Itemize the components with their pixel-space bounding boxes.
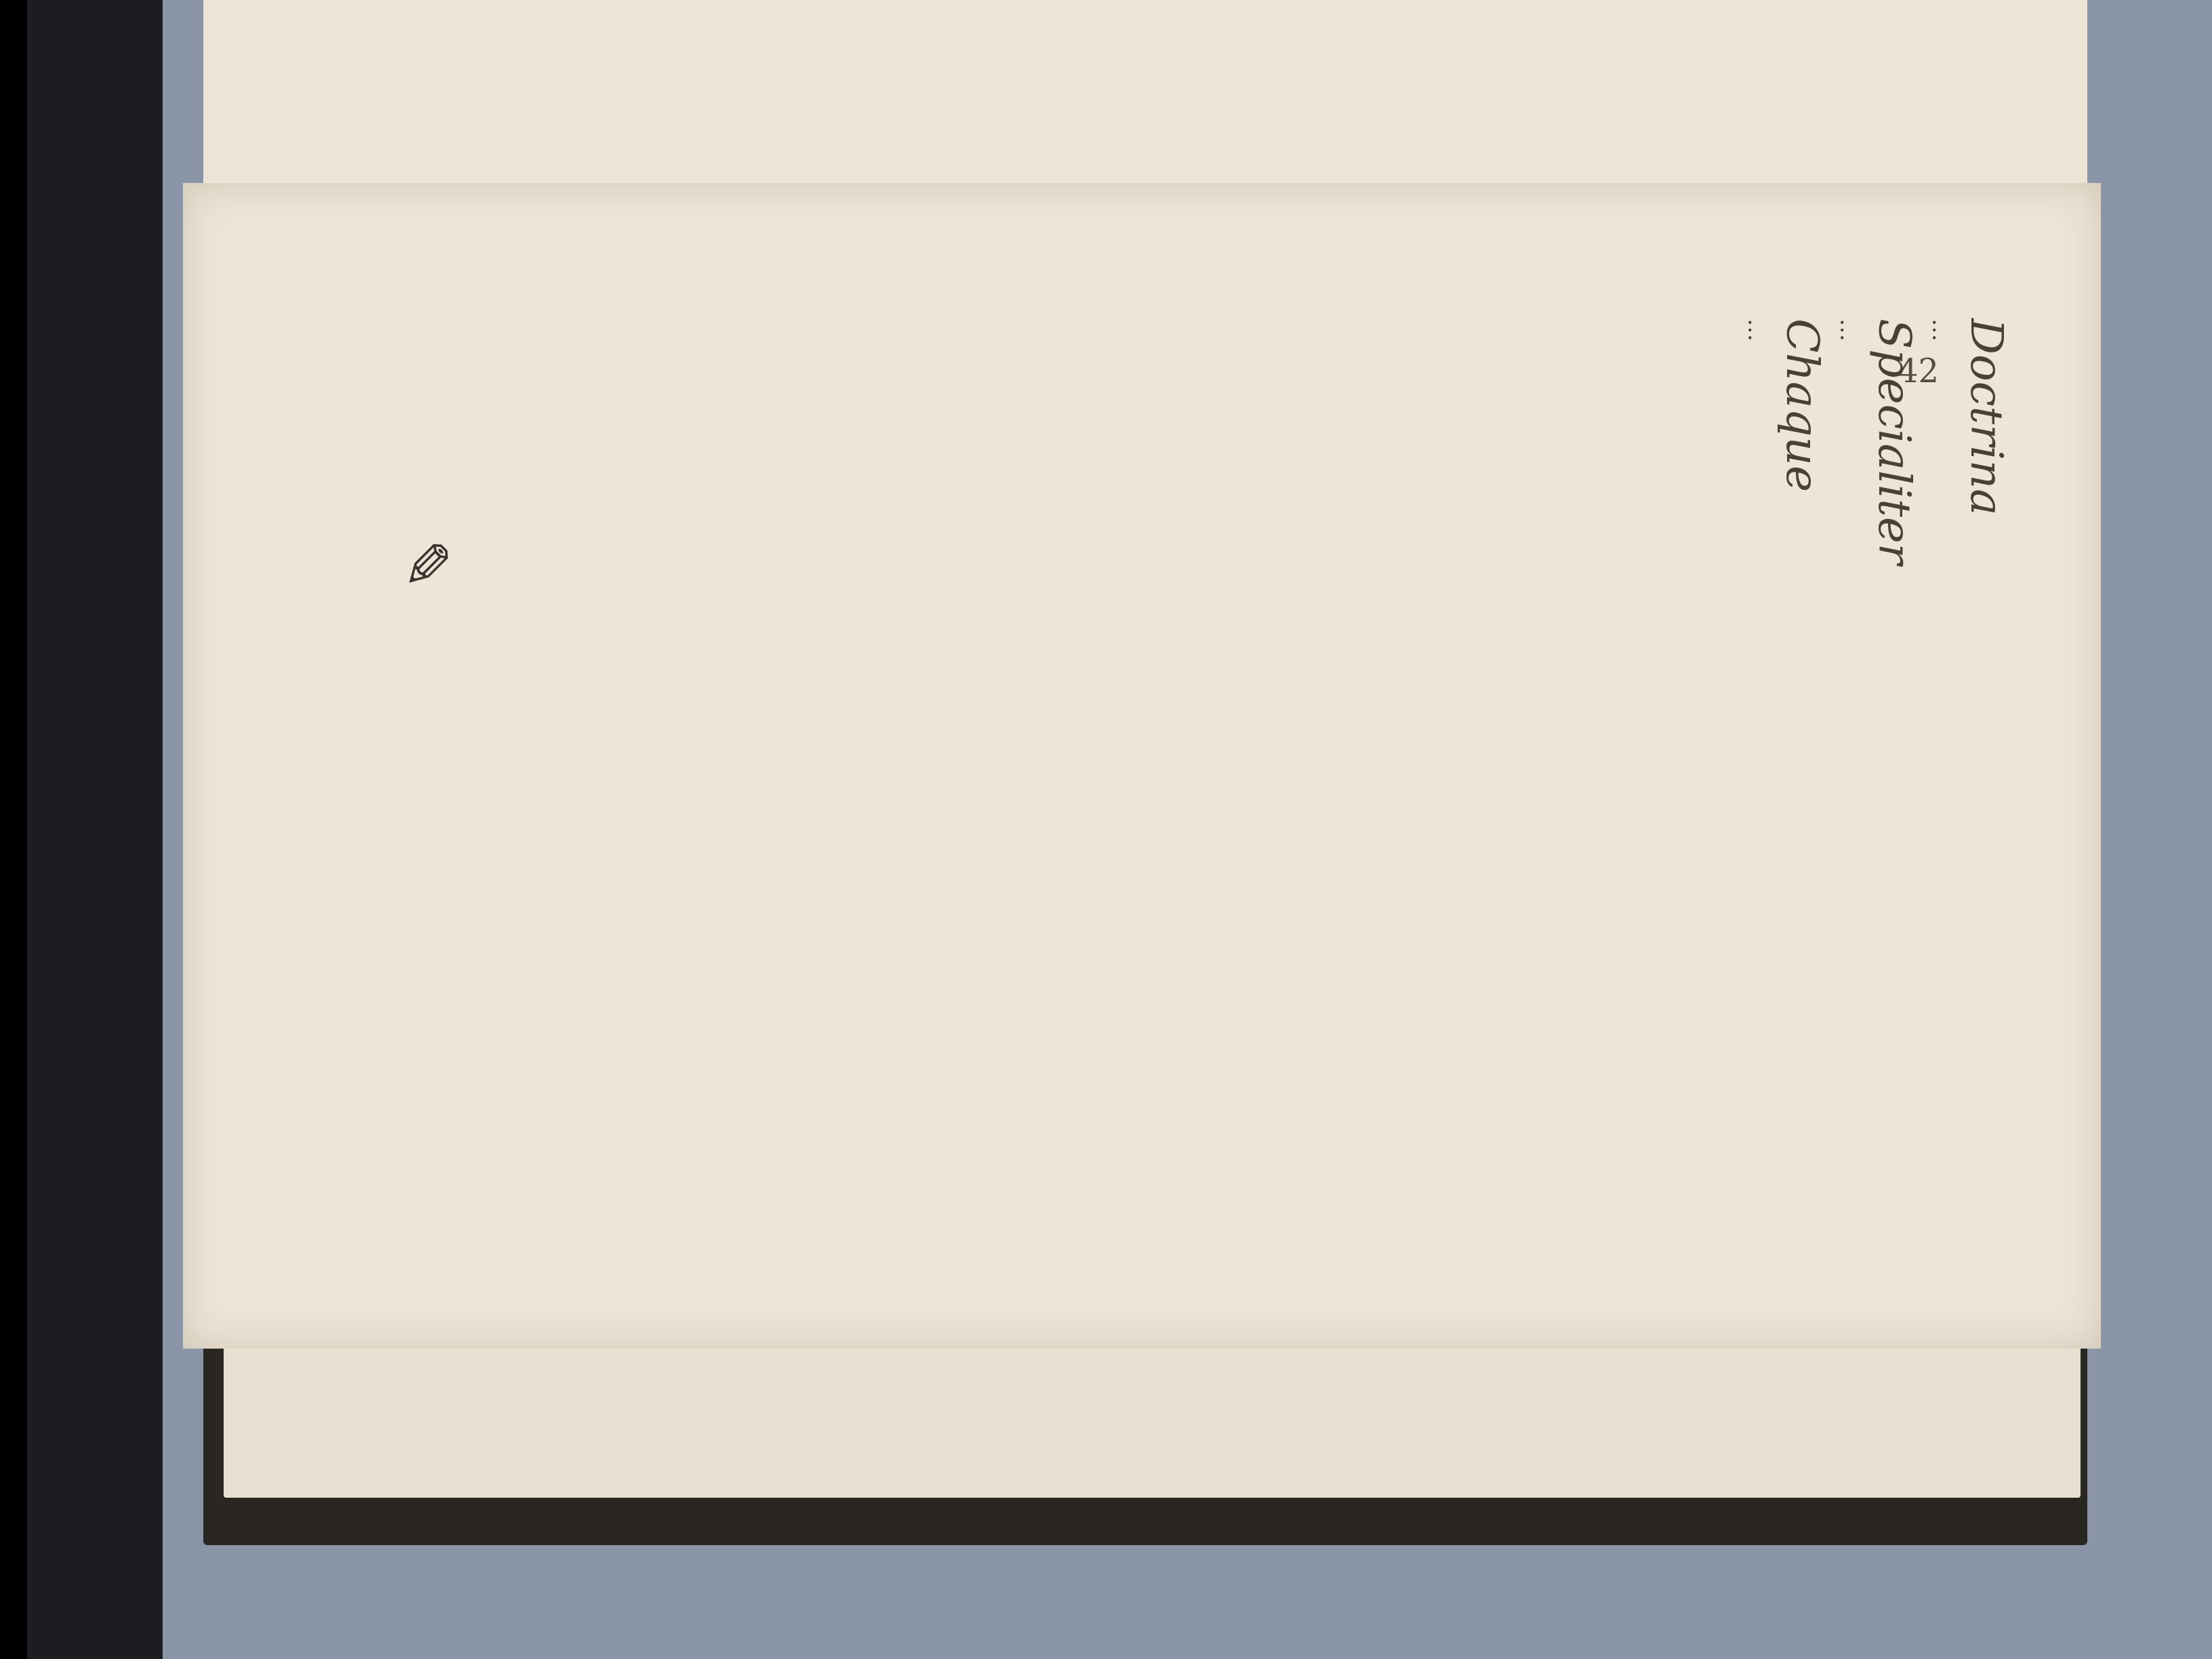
paragraph: … xyxy=(1828,319,1868,1335)
facing-page xyxy=(203,0,2087,203)
paragraph: … xyxy=(1736,319,1776,1335)
heading-doctrina: Doctrina xyxy=(1967,319,2006,1335)
paragraph: … xyxy=(1921,319,1960,1335)
manuscript-photo: 42 Doctrina … Specialiter … Chaque … ✎ xyxy=(0,0,2212,1659)
signature-mark: ✎ xyxy=(390,539,461,590)
handwritten-text-block: Doctrina … Specialiter … Chaque … xyxy=(312,319,2006,1335)
dark-cloth xyxy=(27,0,163,1659)
page-edges xyxy=(224,1342,2081,1498)
heading-specialiter: Specialiter xyxy=(1875,319,1914,1335)
heading-chaque: Chaque xyxy=(1782,319,1822,1335)
